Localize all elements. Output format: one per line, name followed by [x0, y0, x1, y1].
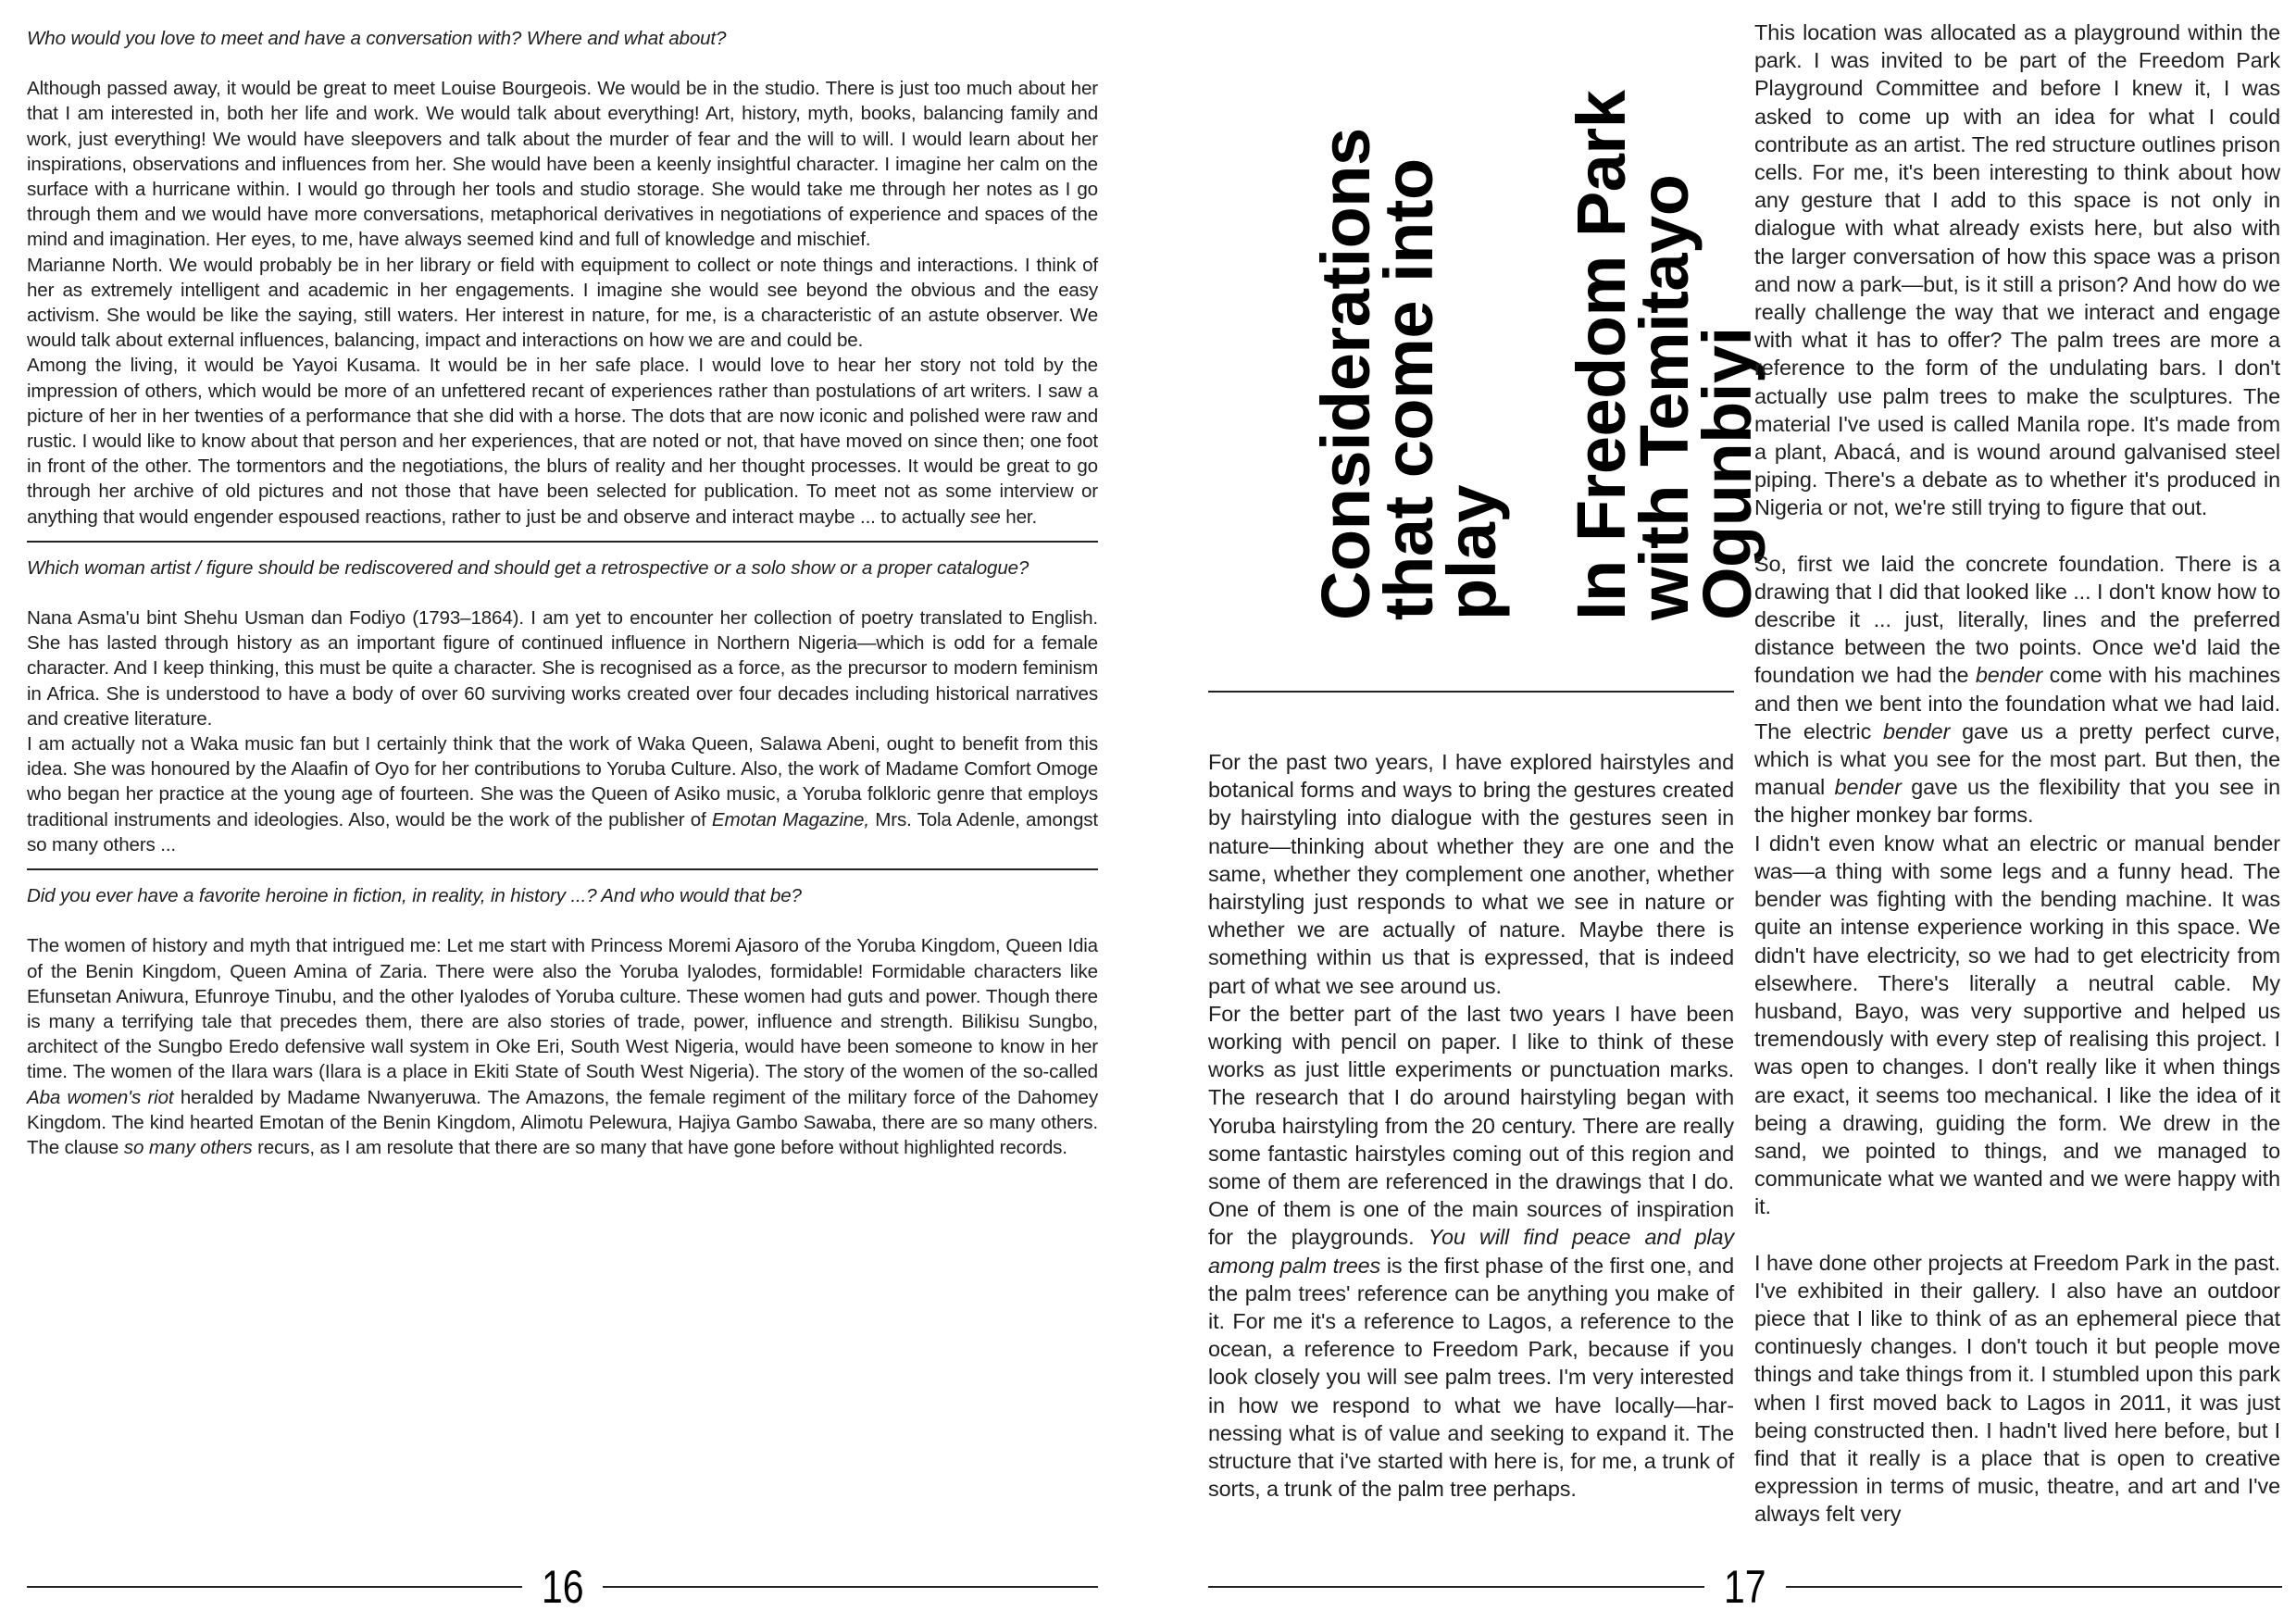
interview-section-1: Who would you love to meet and have a co…	[27, 26, 1098, 530]
heading-divider	[1208, 691, 1734, 693]
footer-rule	[603, 1586, 1098, 1588]
footer-rule	[27, 1586, 522, 1588]
middle-text-column: For the past two years, I have explored …	[1208, 748, 1734, 1503]
section-divider	[27, 541, 1098, 543]
interview-section-2: Which woman artist / figure should be re…	[27, 556, 1098, 857]
body-paragraph: For the better part of the last two year…	[1208, 1000, 1734, 1504]
article-subtitle: In Freedom Park with Temitayo Ogunbiyi	[1570, 28, 1765, 620]
question-2: Which woman artist / figure should be re…	[27, 556, 1098, 581]
footer-rule	[1208, 1586, 1704, 1588]
answer-1-paragraph: Although passed away, it would be great …	[27, 76, 1098, 252]
interview-section-3: Did you ever have a favorite heroine in …	[27, 883, 1098, 1160]
answer-3-paragraph: The women of history and myth that intri…	[27, 933, 1098, 1160]
magazine-title: Emotan Magazine,	[712, 809, 869, 830]
section-divider	[27, 868, 1098, 870]
emphasis: see	[970, 506, 1001, 528]
left-page-text-column: Who would you love to meet and have a co…	[27, 26, 1098, 1160]
page-number: 16	[530, 1563, 596, 1611]
emphasis: Aba women's riot	[27, 1087, 173, 1108]
article-title: Considerations that come into play	[1315, 28, 1509, 620]
page-footer-right: 17	[1208, 1563, 2282, 1611]
page-footer-left: 16	[27, 1563, 1098, 1611]
emphasis: so many others	[124, 1137, 253, 1158]
body-paragraph: So, first we laid the concrete foundatio…	[1754, 550, 2280, 830]
rotated-headings: Considerations that come into play In Fr…	[1231, 28, 1750, 620]
answer-1-paragraph: Marianne North. We would probably be in …	[27, 253, 1098, 354]
body-paragraph: I have done other projects at Freedom Pa…	[1754, 1249, 2280, 1529]
left-page: Who would you love to meet and have a co…	[0, 0, 1148, 1623]
footer-rule	[1786, 1586, 2282, 1588]
answer-1-paragraph: Among the living, it would be Yayoi Kusa…	[27, 353, 1098, 529]
question-1: Who would you love to meet and have a co…	[27, 26, 1098, 51]
body-paragraph: For the past two years, I have explored …	[1208, 748, 1734, 1000]
body-paragraph: This location was allocated as a playgro…	[1754, 19, 2280, 522]
body-paragraph: I didn't even know what an electric or m…	[1754, 830, 2280, 1221]
page-number: 17	[1712, 1563, 1778, 1611]
question-3: Did you ever have a favorite heroine in …	[27, 883, 1098, 908]
right-text-column: This location was allocated as a playgro…	[1754, 19, 2280, 1529]
answer-2-paragraph: I am actually not a Waka music fan but I…	[27, 731, 1098, 857]
answer-2-paragraph: Nana Asma'u bint Shehu Usman dan Fodiyo …	[27, 606, 1098, 731]
